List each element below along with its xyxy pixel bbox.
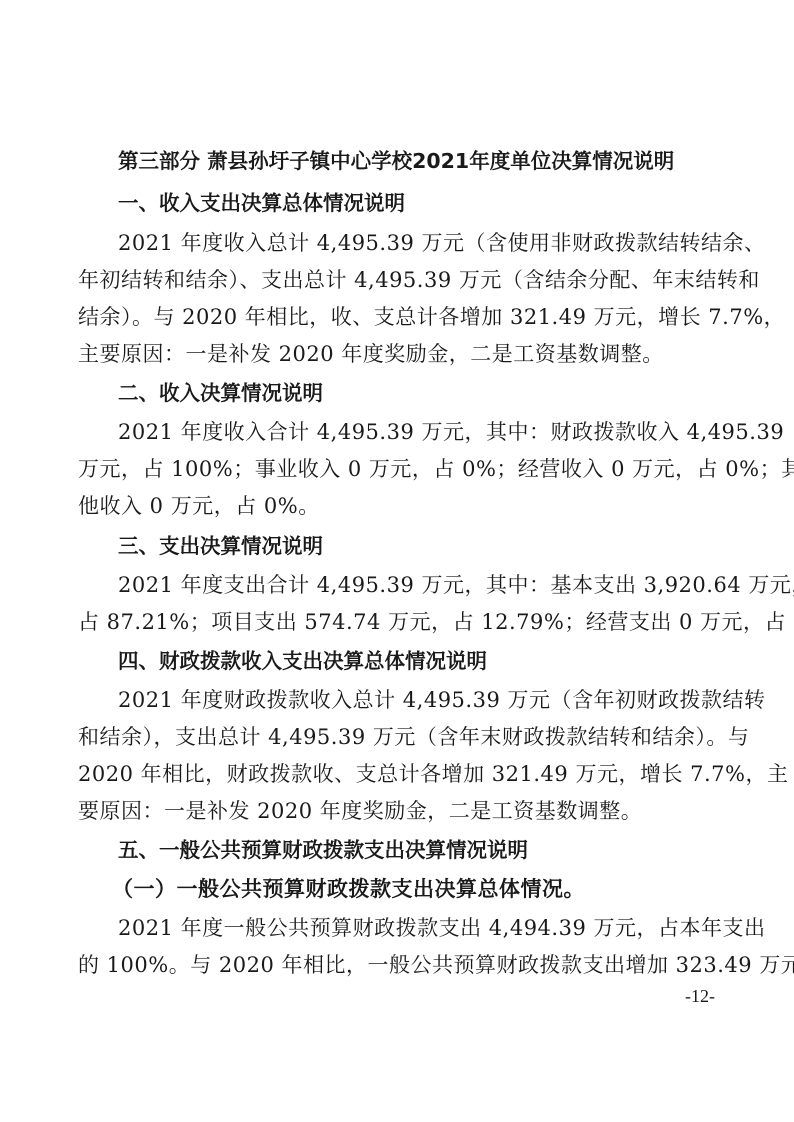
section-4-line-2: 和结余），支出总计 4,495.39 万元（含年末财政拨款结转和结余）。与 (78, 723, 738, 751)
section-5-heading: 五、一般公共预算财政拨款支出决算情况说明 (118, 836, 778, 864)
section-1-line-3: 结余）。与 2020 年相比，收、支总计各增加 321.49 万元，增长 7.7… (78, 303, 738, 331)
section-4-line-3: 2020 年相比，财政拨款收、支总计各增加 321.49 万元，增长 7.7%，… (78, 760, 738, 788)
section-4-line-4: 要原因：一是补发 2020 年度奖励金，二是工资基数调整。 (78, 797, 738, 825)
page-number: -12- (685, 986, 715, 1007)
section-4-line-1: 2021 年度财政拨款收入总计 4,495.39 万元（含年初财政拨款结转 (118, 686, 778, 714)
section-5-line-2: 的 100%。与 2020 年相比，一般公共预算财政拨款支出增加 323.49 … (78, 951, 738, 979)
section-1-line-1: 2021 年度收入总计 4,495.39 万元（含使用非财政拨款结转结余、 (118, 229, 778, 257)
section-2-line-2: 万元，占 100%；事业收入 0 万元，占 0%；经营收入 0 万元，占 0%；… (78, 455, 738, 483)
document-page: 第三部分 萧县孙圩子镇中心学校2021年度单位决算情况说明 一、收入支出决算总体… (0, 0, 794, 1122)
section-4-heading: 四、财政拨款收入支出决算总体情况说明 (118, 647, 778, 675)
section-2-line-1: 2021 年度收入合计 4,495.39 万元，其中：财政拨款收入 4,495.… (118, 418, 778, 446)
section-1-line-2: 年初结转和结余）、支出总计 4,495.39 万元（含结余分配、年末结转和 (78, 266, 738, 294)
section-3-line-2: 占 87.21%；项目支出 574.74 万元，占 12.79%；经营支出 0 … (78, 608, 738, 636)
document-title: 第三部分 萧县孙圩子镇中心学校2021年度单位决算情况说明 (118, 147, 778, 175)
section-5-line-1: 2021 年度一般公共预算财政拨款支出 4,494.39 万元，占本年支出 (118, 914, 778, 942)
section-1-line-4: 主要原因：一是补发 2020 年度奖励金，二是工资基数调整。 (78, 340, 738, 368)
section-1-heading: 一、收入支出决算总体情况说明 (118, 189, 778, 217)
section-5-subheading: （一）一般公共预算财政拨款支出决算总体情况。 (112, 875, 772, 903)
section-2-heading: 二、收入决算情况说明 (118, 379, 778, 407)
section-3-line-1: 2021 年度支出合计 4,495.39 万元，其中：基本支出 3,920.64… (118, 571, 778, 599)
section-3-heading: 三、支出决算情况说明 (118, 532, 778, 560)
section-2-line-3: 他收入 0 万元，占 0%。 (78, 492, 738, 520)
